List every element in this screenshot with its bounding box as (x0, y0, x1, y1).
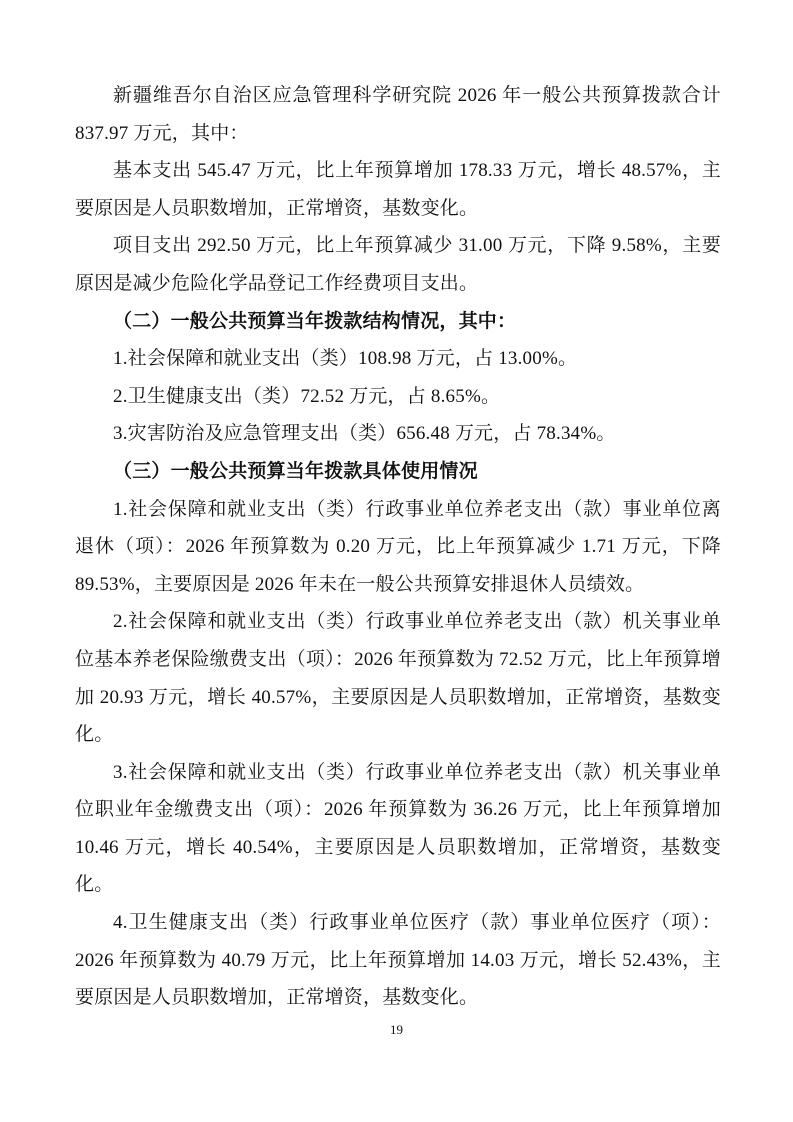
paragraph-social-security-share: 1.社会保障和就业支出（类）108.98 万元，占 13.00%。 (75, 340, 721, 378)
paragraph-item-annuity: 3.社会保障和就业支出（类）行政事业单位养老支出（款）机关事业单位职业年金缴费支… (75, 754, 721, 904)
paragraph-budget-total: 新疆维吾尔自治区应急管理科学研究院 2026 年一般公共预算拨款合计 837.9… (75, 77, 721, 152)
document-page: 新疆维吾尔自治区应急管理科学研究院 2026 年一般公共预算拨款合计 837.9… (0, 0, 793, 1122)
paragraph-item-medical: 4.卫生健康支出（类）行政事业单位医疗（款）事业单位医疗（项）：2026 年预算… (75, 904, 721, 1017)
document-body: 新疆维吾尔自治区应急管理科学研究院 2026 年一般公共预算拨款合计 837.9… (75, 77, 721, 1017)
page-number: 19 (0, 1022, 793, 1038)
section-heading-structure: （二）一般公共预算当年拨款结构情况，其中： (75, 303, 721, 341)
paragraph-health-share: 2.卫生健康支出（类）72.52 万元，占 8.65%。 (75, 378, 721, 416)
paragraph-project-expenditure: 项目支出 292.50 万元，比上年预算减少 31.00 万元，下降 9.58%… (75, 227, 721, 302)
section-heading-usage: （三）一般公共预算当年拨款具体使用情况 (75, 453, 721, 491)
paragraph-item-retirement: 1.社会保障和就业支出（类）行政事业单位养老支出（款）事业单位离退休（项）：20… (75, 491, 721, 604)
paragraph-disaster-share: 3.灾害防治及应急管理支出（类）656.48 万元，占 78.34%。 (75, 415, 721, 453)
paragraph-basic-expenditure: 基本支出 545.47 万元，比上年预算增加 178.33 万元，增长 48.5… (75, 152, 721, 227)
paragraph-item-pension-insurance: 2.社会保障和就业支出（类）行政事业单位养老支出（款）机关事业单位基本养老保险缴… (75, 603, 721, 753)
